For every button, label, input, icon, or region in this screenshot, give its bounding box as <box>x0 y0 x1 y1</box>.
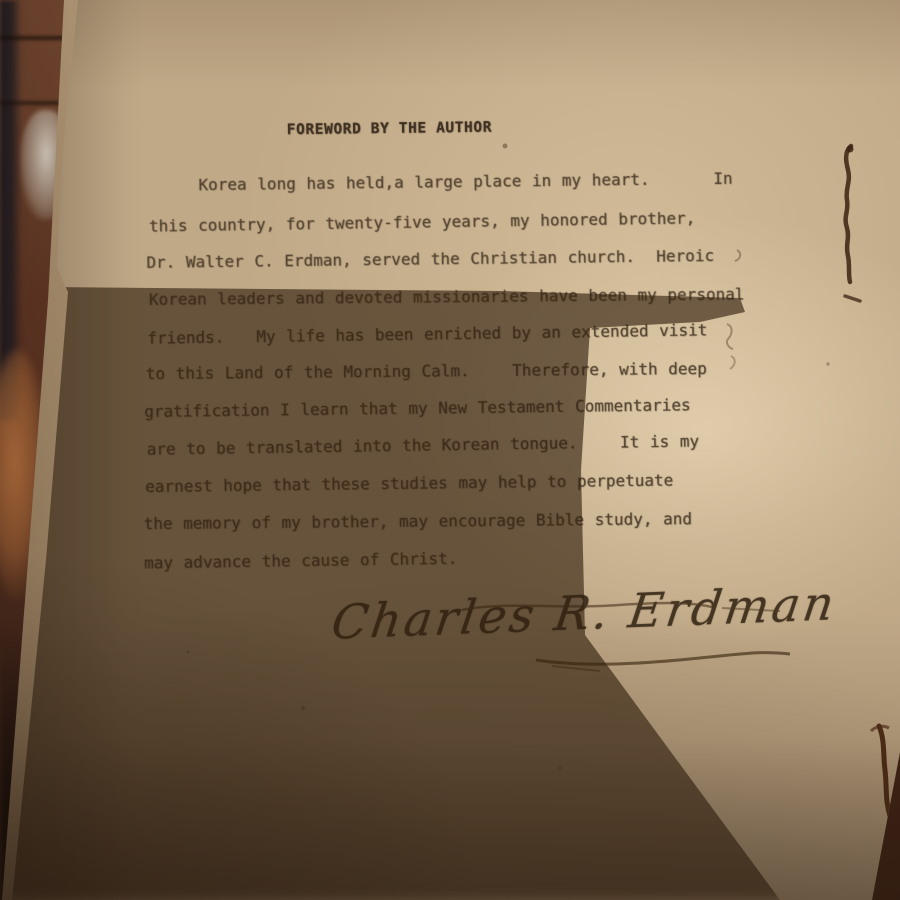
photo-vignette <box>0 0 900 900</box>
photo-book-page: FOREWORD BY THE AUTHOR Korea long has he… <box>0 0 900 900</box>
